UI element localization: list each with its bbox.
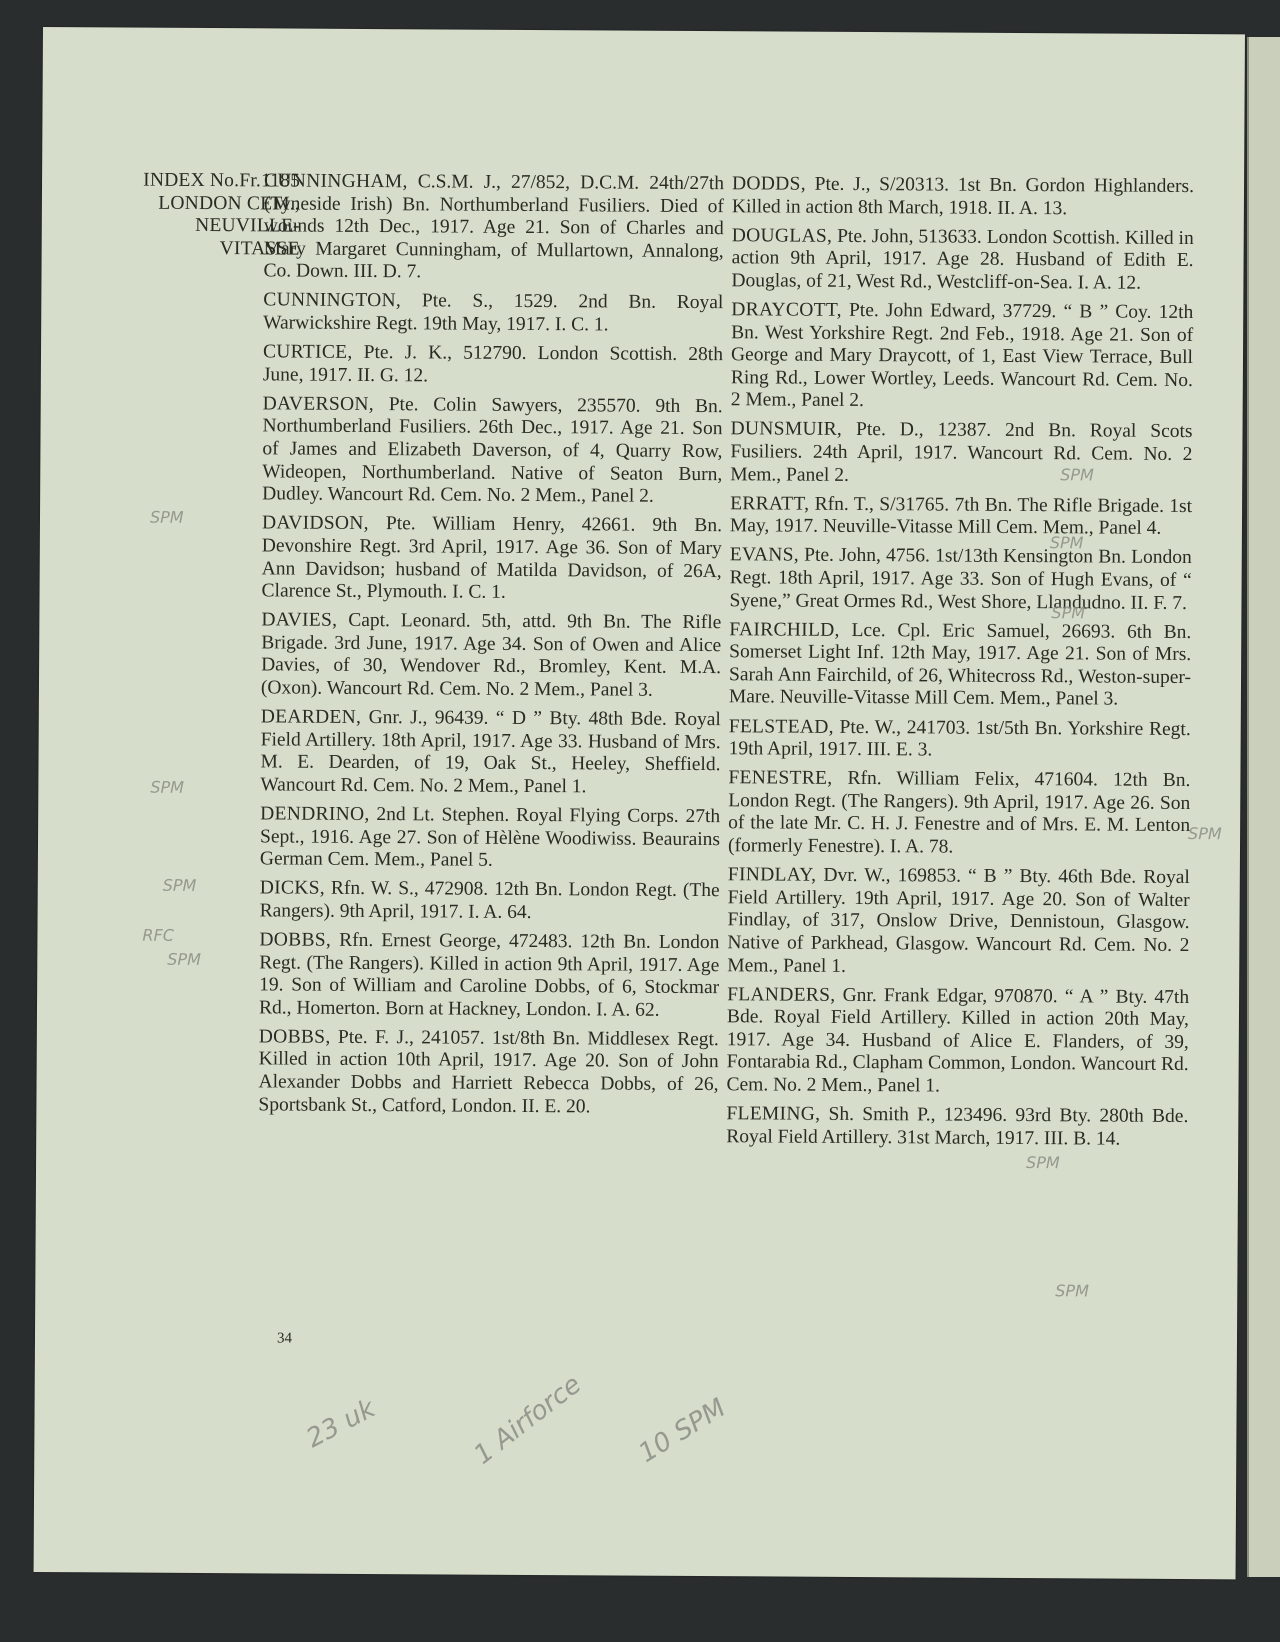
register-entry: DEARDEN, Gnr. J., 96439. “ D ” Bty. 48th… — [260, 706, 721, 799]
register-entry: DUNSMUIR, Pte. D., 12387. 2nd Bn. Royal … — [730, 419, 1192, 490]
entry-surname: CUNNINGHAM, — [264, 170, 408, 192]
pencil-bottom-note: 1 Airforce — [469, 1369, 588, 1470]
pencil-margin-note: SPM — [150, 508, 184, 527]
entry-surname: ERRATT, — [730, 493, 809, 514]
entry-surname: FLANDERS, — [727, 984, 835, 1006]
register-entry: FINDLAY, Dvr. W., 169853. “ B ” Bty. 46t… — [727, 864, 1190, 980]
register-entry: FAIRCHILD, Lce. Cpl. Eric Samuel, 26693.… — [729, 619, 1192, 712]
entry-surname: DRAYCOTT, — [731, 299, 842, 321]
pencil-inline-note: SPM — [1188, 824, 1222, 843]
register-entry: EVANS, Pte. John, 4756. 1st/13th Kensing… — [729, 545, 1191, 616]
register-entry: CUNNINGTON, Pte. S., 1529. 2nd Bn. Royal… — [263, 290, 723, 338]
register-entry: DOBBS, Rfn. Ernest George, 472483. 12th … — [259, 929, 720, 1022]
entry-surname: CUNNINGTON, — [263, 290, 401, 312]
register-entry: DAVERSON, Pte. Colin Sawyers, 235570. 9t… — [262, 393, 723, 509]
right-column: DODDS, Pte. J., S/20313. 1st Bn. Gordon … — [726, 173, 1194, 1158]
register-entry: DENDRINO, 2nd Lt. Stephen. Royal Flying … — [260, 803, 720, 874]
entry-surname: DOBBS, — [259, 929, 331, 950]
register-entry: DAVIDSON, Pte. William Henry, 42661. 9th… — [261, 513, 722, 606]
register-entry: FENESTRE, Rfn. William Felix, 471604. 12… — [728, 767, 1191, 860]
pencil-bottom-note: 10 SPM — [634, 1393, 731, 1469]
entry-surname: DEARDEN, — [261, 706, 362, 728]
register-entry: DICKS, Rfn. W. S., 472908. 12th Bn. Lond… — [260, 878, 720, 926]
register-entry: DRAYCOTT, Pte. John Edward, 37729. “ B ”… — [731, 299, 1194, 415]
entry-surname: DAVIES, — [261, 610, 337, 631]
register-entry: FELSTEAD, Pte. W., 241703. 1st/5th Bn. Y… — [729, 716, 1191, 764]
register-entry: ERRATT, Rfn. T., S/31765. 7th Bn. The Ri… — [730, 493, 1192, 541]
pencil-inline-note: SPM — [1055, 1281, 1089, 1300]
adjacent-page-edge — [1247, 37, 1280, 1577]
entry-surname: DICKS, — [260, 878, 325, 899]
pencil-margin-note: RFC — [142, 926, 174, 945]
pencil-inline-note: SPM — [1050, 533, 1084, 552]
entry-surname: DUNSMUIR, — [730, 419, 842, 441]
pencil-margin-note: SPM — [150, 778, 184, 797]
entry-details: Pte. John, 4756. 1st/13th Kensington Bn.… — [729, 545, 1191, 614]
pencil-inline-note: SPM — [1026, 1153, 1060, 1172]
entry-surname: DOUGLAS, — [732, 225, 833, 247]
pencil-margin-note: SPM — [167, 950, 201, 969]
register-entry: DOBBS, Pte. F. J., 241057. 1st/8th Bn. M… — [258, 1026, 719, 1119]
left-column: CUNNINGHAM, C.S.M. J., 27/852, D.C.M. 24… — [258, 170, 724, 1125]
entry-surname: FAIRCHILD, — [729, 619, 840, 641]
entry-surname: EVANS, — [730, 545, 799, 566]
pencil-margin-note: SPM — [163, 876, 197, 895]
register-entry: CURTICE, Pte. J. K., 512790. London Scot… — [263, 342, 723, 390]
entry-surname: DENDRINO, — [260, 803, 370, 825]
entry-surname: DOBBS, — [259, 1026, 331, 1047]
entry-surname: CURTICE, — [263, 342, 353, 364]
entry-surname: FENESTRE, — [728, 767, 832, 789]
entry-surname: FELSTEAD, — [729, 716, 834, 738]
document-page: INDEX No.Fr.1185 LONDON CEM., NEUVILLE- … — [34, 27, 1245, 1579]
register-entry: DAVIES, Capt. Leonard. 5th, attd. 9th Bn… — [261, 610, 722, 703]
entry-surname: DODDS, — [732, 173, 806, 194]
pencil-inline-note: SPM — [1060, 465, 1094, 484]
entry-surname: FINDLAY, — [728, 864, 817, 886]
register-entry: FLEMING, Sh. Smith P., 123496. 93rd Bty.… — [726, 1103, 1188, 1151]
register-entry: CUNNINGHAM, C.S.M. J., 27/852, D.C.M. 24… — [263, 170, 724, 286]
entry-surname: DAVIDSON, — [262, 513, 369, 535]
register-entry: DOUGLAS, Pte. John, 513633. London Scott… — [731, 225, 1193, 296]
pencil-inline-note: SPM — [1051, 603, 1085, 622]
entry-details: Rfn. W. S., 472908. 12th Bn. London Regt… — [260, 878, 720, 923]
register-entry: FLANDERS, Gnr. Frank Edgar, 970870. “ A … — [726, 984, 1189, 1100]
entry-surname: DAVERSON, — [263, 393, 374, 415]
page-number: 34 — [277, 1330, 292, 1347]
register-entry: DODDS, Pte. J., S/20313. 1st Bn. Gordon … — [732, 173, 1194, 221]
entry-surname: FLEMING, — [726, 1103, 820, 1125]
pencil-bottom-note: 23 uk — [302, 1394, 380, 1454]
